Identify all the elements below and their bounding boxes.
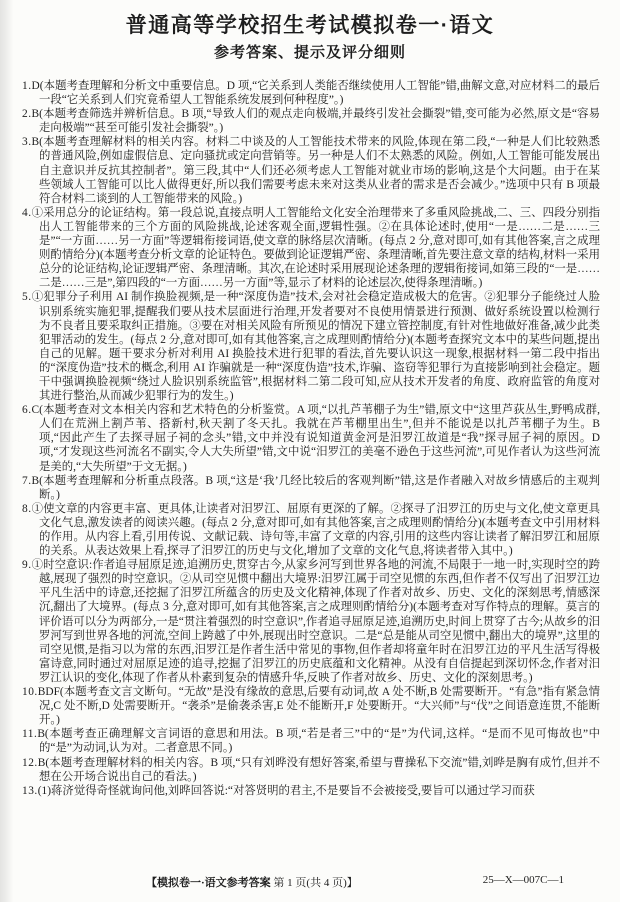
footer-page-number: 第 1 页(共 4 页)】 [271,877,358,889]
answer-item: 4.①采用总分的论证结构。第一段总说,直接点明人工智能给文化安全治理带来了多重风… [22,206,600,291]
footer-paper-code: 25—X—007C—1 [483,874,564,886]
answer-number: 12. [22,757,38,769]
answer-list: 1.D(本题考查理解和分析文中重要信息。D 项,“它关系到人类能否继续使用人工智… [0,79,620,798]
footer-booklet-title: 【模拟卷一·语文参考答案 [146,877,271,889]
answer-text: B(本题考查理解材料的相关内容。B 项,“只有刘晔没有想好答案,希望与曹操私下交… [38,757,600,783]
answer-number: 13. [22,785,38,797]
scanned-answer-sheet-page: 普通高等学校招生考试模拟卷一·语文 参考答案、提示及评分细则 1.D(本题考查理… [0,0,620,902]
answer-item: 6.C(本题考查对文本相关内容和艺术特色的分析鉴赏。A 项,“以扎芦苇棚子为生”… [22,403,600,473]
answer-item: 9.①时空意识:作者追寻屈原足迹,追溯历史,贯穿古今,从家乡河写到世界各地的河流… [22,558,600,685]
answer-item: 8.①使文章的内容更丰富、更具体,让读者对汨罗江、屈原有更深的了解。②探寻了汨罗… [22,502,600,558]
answer-item: 1.D(本题考查理解和分析文中重要信息。D 项,“它关系到人类能否继续使用人工智… [22,79,600,107]
answer-number: 1. [22,80,32,92]
answer-text: B(本题考查正确理解文言词语的意思和用法。B 项,“若是者三”中的“是”为代词,… [37,728,600,754]
answer-item: 3.B(本题考查理解材料的相关内容。材料二中谈及的人工智能技术带来的风险,体现在… [22,135,600,205]
answer-number: 10. [22,686,38,698]
answer-item: 5.①犯罪分子利用 AI 制作换脸视频,是一种“深度伪造”技术,会对社会稳定造成… [22,290,600,403]
answer-text: (1)蒋济觉得奇怪就询问他,刘晔回答说:“对答贤明的君主,不是要旨不会被接受,要… [38,785,535,797]
answer-text: D(本题考查理解和分析文中重要信息。D 项,“它关系到人类能否继续使用人工智能”… [32,80,600,106]
answer-item: 7.B(本题考查理解和分析重点段落。B 项,“这是‘我’几经比较后的客观判断”错… [22,474,600,502]
answer-text: C(本题考查对文本相关内容和艺术特色的分析鉴赏。A 项,“以扎芦苇棚子为生”错,… [32,404,600,472]
answer-text: ①犯罪分子利用 AI 制作换脸视频,是一种“深度伪造”技术,会对社会稳定造成极大… [32,291,600,402]
answer-text: ①使文章的内容更丰富、更具体,让读者对汨罗江、屈原有更深的了解。②探寻了汨罗江的… [32,503,600,557]
answer-text: BDF(本题考查文言文断句。“无故”是没有缘故的意思,后要有动词,故 A 处不断… [38,686,600,726]
answer-text: B(本题考查筛选并辨析信息。B 项,“导致人们的观点走向极端,并最终引发社会撕裂… [32,108,600,134]
answer-number: 9. [22,559,32,571]
answer-text: ①采用总分的论证结构。第一段总说,直接点明人工智能给文化安全治理带来了多重风险挑… [32,207,600,289]
answer-number: 2. [22,108,32,120]
answer-number: 4. [22,207,32,219]
answer-number: 5. [22,291,32,303]
answer-number: 11. [22,728,37,740]
answer-number: 3. [22,136,32,148]
answer-item: 10.BDF(本题考查文言文断句。“无故”是没有缘故的意思,后要有动词,故 A … [22,685,600,727]
answer-item: 13.(1)蒋济觉得奇怪就询问他,刘晔回答说:“对答贤明的君主,不是要旨不会被接… [22,784,600,798]
page-header: 普通高等学校招生考试模拟卷一·语文 参考答案、提示及评分细则 [0,0,620,63]
footer-booklet-info: 【模拟卷一·语文参考答案 第 1 页(共 4 页)】 [146,874,358,890]
page-title: 普通高等学校招生考试模拟卷一·语文 [0,13,620,39]
answer-text: B(本题考查理解材料的相关内容。材料二中谈及的人工智能技术带来的风险,体现在第二… [32,136,600,204]
answer-number: 8. [22,503,32,515]
page-footer: 【模拟卷一·语文参考答案 第 1 页(共 4 页)】 25—X—007C—1 [0,874,620,889]
answer-number: 6. [22,404,32,416]
answer-number: 7. [22,475,32,487]
answer-item: 11.B(本题考查正确理解文言词语的意思和用法。B 项,“若是者三”中的“是”为… [22,727,600,755]
answer-item: 2.B(本题考查筛选并辨析信息。B 项,“导致人们的观点走向极端,并最终引发社会… [22,107,600,135]
page-subtitle: 参考答案、提示及评分细则 [0,43,620,63]
answer-text: ①时空意识:作者追寻屈原足迹,追溯历史,贯穿古今,从家乡河写到世界各地的河流,不… [32,559,600,684]
answer-text: B(本题考查理解和分析重点段落。B 项,“这是‘我’几经比较后的客观判断”错,这… [32,475,600,501]
answer-item: 12.B(本题考查理解材料的相关内容。B 项,“只有刘晔没有想好答案,希望与曹操… [22,756,600,784]
